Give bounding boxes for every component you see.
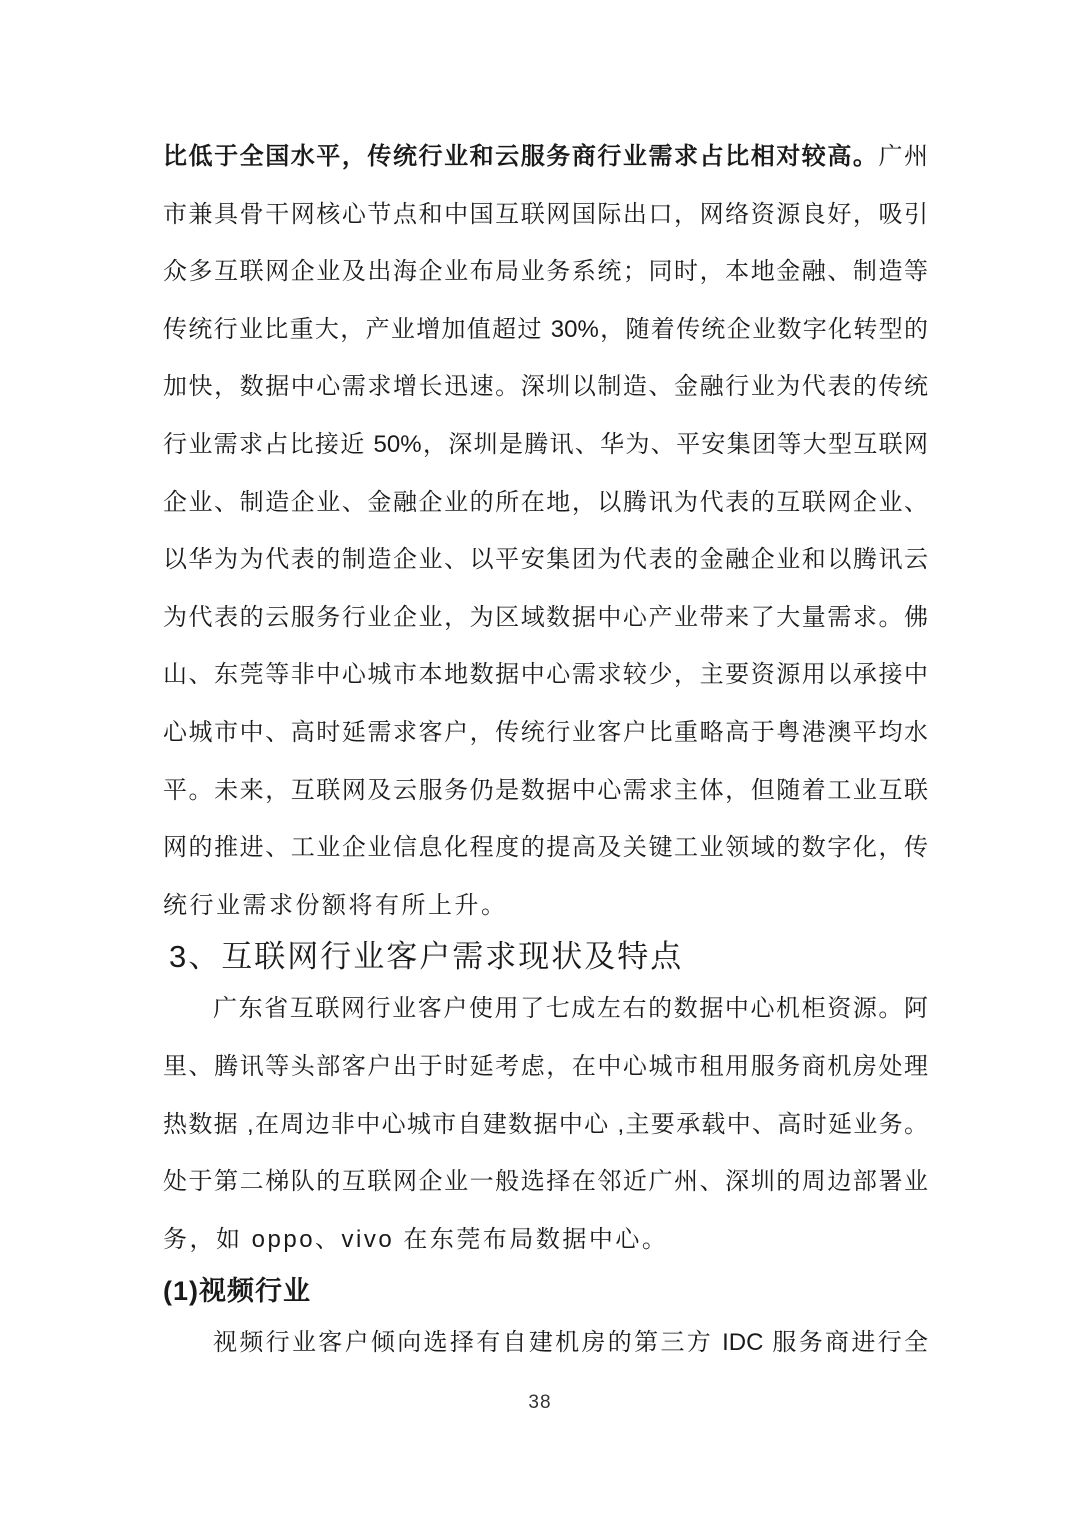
body-line: 广东省互联网行业客户使用了七成左右的数据中心机柜资源。阿 <box>163 980 928 1038</box>
body-line: 视频行业客户倾向选择有自建机房的第三方 IDC 服务商进行全 <box>163 1314 928 1372</box>
text-segment: 行业需求占比接近 50%，深圳是腾讯、华为、平安集团等大型互联网 <box>163 431 928 458</box>
section-heading-3: 3、互联网行业客户需求现状及特点 <box>163 934 928 980</box>
body-line: 平。未来，互联网及云服务仍是数据中心需求主体，但随着工业互联 <box>163 762 928 820</box>
text-segment: 广州 <box>878 143 928 170</box>
body-line: 为代表的云服务行业企业，为区域数据中心产业带来了大量需求。佛 <box>163 589 928 647</box>
body-line: 比低于全国水平，传统行业和云服务商行业需求占比相对较高。广州 <box>163 128 928 186</box>
text-segment: 以华为为代表的制造企业、以平安集团为代表的金融企业和以腾讯云 <box>163 546 928 573</box>
body-line: 众多互联网企业及出海企业布局业务系统；同时，本地金融、制造等 <box>163 243 928 301</box>
text-segment: 务，如 oppo、vivo 在东莞布局数据中心。 <box>163 1226 668 1253</box>
text-segment: 心城市中、高时延需求客户，传统行业客户比重略高于粤港澳平均水 <box>163 719 928 746</box>
page-number: 38 <box>0 1392 1080 1414</box>
text-segment: 热数据 ,在周边非中心城市自建数据中心 ,主要承载中、高时延业务。 <box>163 1111 928 1138</box>
page-content: 比低于全国水平，传统行业和云服务商行业需求占比相对较高。广州市兼具骨干网核心节点… <box>163 128 928 1372</box>
text-segment: 网的推进、工业企业信息化程度的提高及关键工业领域的数字化，传 <box>163 834 928 861</box>
body-line: 心城市中、高时延需求客户，传统行业客户比重略高于粤港澳平均水 <box>163 704 928 762</box>
body-line: 统行业需求份额将有所上升。 <box>163 877 928 935</box>
body-line: 加快，数据中心需求增长迅速。深圳以制造、金融行业为代表的传统 <box>163 358 928 416</box>
body-line: 网的推进、工业企业信息化程度的提高及关键工业领域的数字化，传 <box>163 819 928 877</box>
text-segment: 广东省互联网行业客户使用了七成左右的数据中心机柜资源。阿 <box>213 995 928 1022</box>
body-line: 市兼具骨干网核心节点和中国互联网国际出口，网络资源良好，吸引 <box>163 186 928 244</box>
body-line: 山、东莞等非中心城市本地数据中心需求较少，主要资源用以承接中 <box>163 646 928 704</box>
text-segment: 为代表的云服务行业企业，为区域数据中心产业带来了大量需求。佛 <box>163 604 928 631</box>
bold-text-segment: (1)视频行业 <box>163 1276 311 1306</box>
text-segment: 企业、制造企业、金融企业的所在地，以腾讯为代表的互联网企业、 <box>163 489 928 516</box>
bold-text-segment: 比低于全国水平，传统行业和云服务商行业需求占比相对较高。 <box>163 143 878 170</box>
text-segment: 里、腾讯等头部客户出于时延考虑，在中心城市租用服务商机房处理 <box>163 1053 928 1080</box>
document-page: 比低于全国水平，传统行业和云服务商行业需求占比相对较高。广州市兼具骨干网核心节点… <box>0 0 1080 1527</box>
subheading-1-video: (1)视频行业 <box>163 1268 928 1314</box>
body-line: 热数据 ,在周边非中心城市自建数据中心 ,主要承载中、高时延业务。 <box>163 1096 928 1154</box>
body-line: 务，如 oppo、vivo 在东莞布局数据中心。 <box>163 1211 928 1269</box>
body-line: 传统行业比重大，产业增加值超过 30%，随着传统企业数字化转型的 <box>163 301 928 359</box>
text-segment: 传统行业比重大，产业增加值超过 30%，随着传统企业数字化转型的 <box>163 316 928 343</box>
text-segment: 众多互联网企业及出海企业布局业务系统；同时，本地金融、制造等 <box>163 258 928 285</box>
text-segment: 3、互联网行业客户需求现状及特点 <box>169 939 683 974</box>
text-segment: 平。未来，互联网及云服务仍是数据中心需求主体，但随着工业互联 <box>163 777 928 804</box>
text-segment: 视频行业客户倾向选择有自建机房的第三方 IDC 服务商进行全 <box>213 1329 928 1356</box>
text-segment: 统行业需求份额将有所上升。 <box>163 892 508 919</box>
body-line: 企业、制造企业、金融企业的所在地，以腾讯为代表的互联网企业、 <box>163 474 928 532</box>
text-segment: 山、东莞等非中心城市本地数据中心需求较少，主要资源用以承接中 <box>163 661 928 688</box>
text-segment: 加快，数据中心需求增长迅速。深圳以制造、金融行业为代表的传统 <box>163 373 928 400</box>
body-line: 里、腾讯等头部客户出于时延考虑，在中心城市租用服务商机房处理 <box>163 1038 928 1096</box>
body-line: 以华为为代表的制造企业、以平安集团为代表的金融企业和以腾讯云 <box>163 531 928 589</box>
text-segment: 市兼具骨干网核心节点和中国互联网国际出口，网络资源良好，吸引 <box>163 201 928 228</box>
body-line: 行业需求占比接近 50%，深圳是腾讯、华为、平安集团等大型互联网 <box>163 416 928 474</box>
text-segment: 处于第二梯队的互联网企业一般选择在邻近广州、深圳的周边部署业 <box>163 1168 928 1195</box>
body-line: 处于第二梯队的互联网企业一般选择在邻近广州、深圳的周边部署业 <box>163 1153 928 1211</box>
